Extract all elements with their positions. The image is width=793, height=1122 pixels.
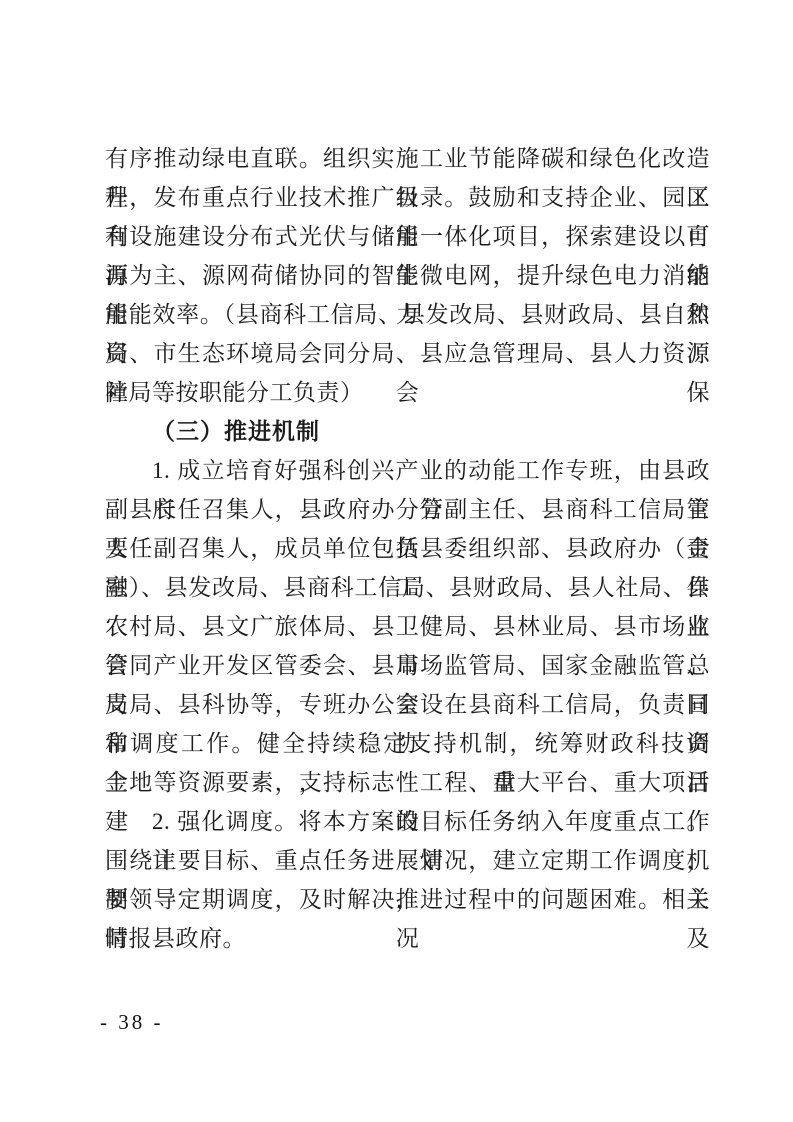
text-line: 会同产业开发区管委会、县市场监管局、国家金融监管总局会同 xyxy=(105,646,710,685)
text-line: 土地等资源要素，支持标志性工程、重大平台、重大项目建设。 xyxy=(105,763,710,802)
text-line: 要领导定期调度，及时解决推进过程中的问题困难。相关情况及 xyxy=(105,880,710,919)
page-number: - 38 - xyxy=(100,1010,164,1035)
text-line: 副县长任召集人，县政府办分管副主任、县商科工信局主要负责 xyxy=(105,490,710,529)
text-line: 1. 成立培育好强科创兴产业的动能工作专班，由县政府分管 xyxy=(105,451,710,490)
text-line: 支局、县科协等，专班办公室设在县商科工信局，负责日常协调 xyxy=(105,685,710,724)
text-line: 人任副召集人，成员单位包括县委组织部、县政府办（金融工作 xyxy=(105,529,710,568)
text-line: 用能效率。（县商科工信局、县发改局、县财政局、县自然资源 xyxy=(105,295,710,334)
text-line: 局、市生态环境局会同分局、县应急管理局、县人力资源社会保 xyxy=(105,334,710,373)
text-line: 和调度工作。健全持续稳定支持机制，统筹财政科技资金，盘活 xyxy=(105,724,710,763)
text-block: 有序推动绿电直联。组织实施工业节能降碳和绿色化改造升级工程，发布重点行业技术推广… xyxy=(105,139,710,958)
text-line: 室）、县发改局、县商科工信局、县财政局、县人社局、县农业 xyxy=(105,568,710,607)
text-line: 有序推动绿电直联。组织实施工业节能降碳和绿色化改造升级工 xyxy=(105,139,710,178)
text-line: 农村局、县文广旅体局、县卫健局、县林业局、县市场监管局、 xyxy=(105,607,710,646)
text-line: 有设施建设分布式光伏与储能一体化项目，探索建设以可再生能 xyxy=(105,217,710,256)
text-line: 程，发布重点行业技术推广目录。鼓励和支持企业、园区利用自 xyxy=(105,178,710,217)
text-line: 源为主、源网荷储协同的智能微电网，提升绿色电力消纳能力和 xyxy=(105,256,710,295)
document-page: 有序推动绿电直联。组织实施工业节能降碳和绿色化改造升级工程，发布重点行业技术推广… xyxy=(0,0,793,1122)
section-heading: （三）推进机制 xyxy=(105,412,710,451)
text-line: 2. 强化调度。将本方案的目标任务纳入年度重点工作计划， xyxy=(105,802,710,841)
text-line: 围绕主要目标、重点任务进展情况，建立定期工作调度机制，主 xyxy=(105,841,710,880)
